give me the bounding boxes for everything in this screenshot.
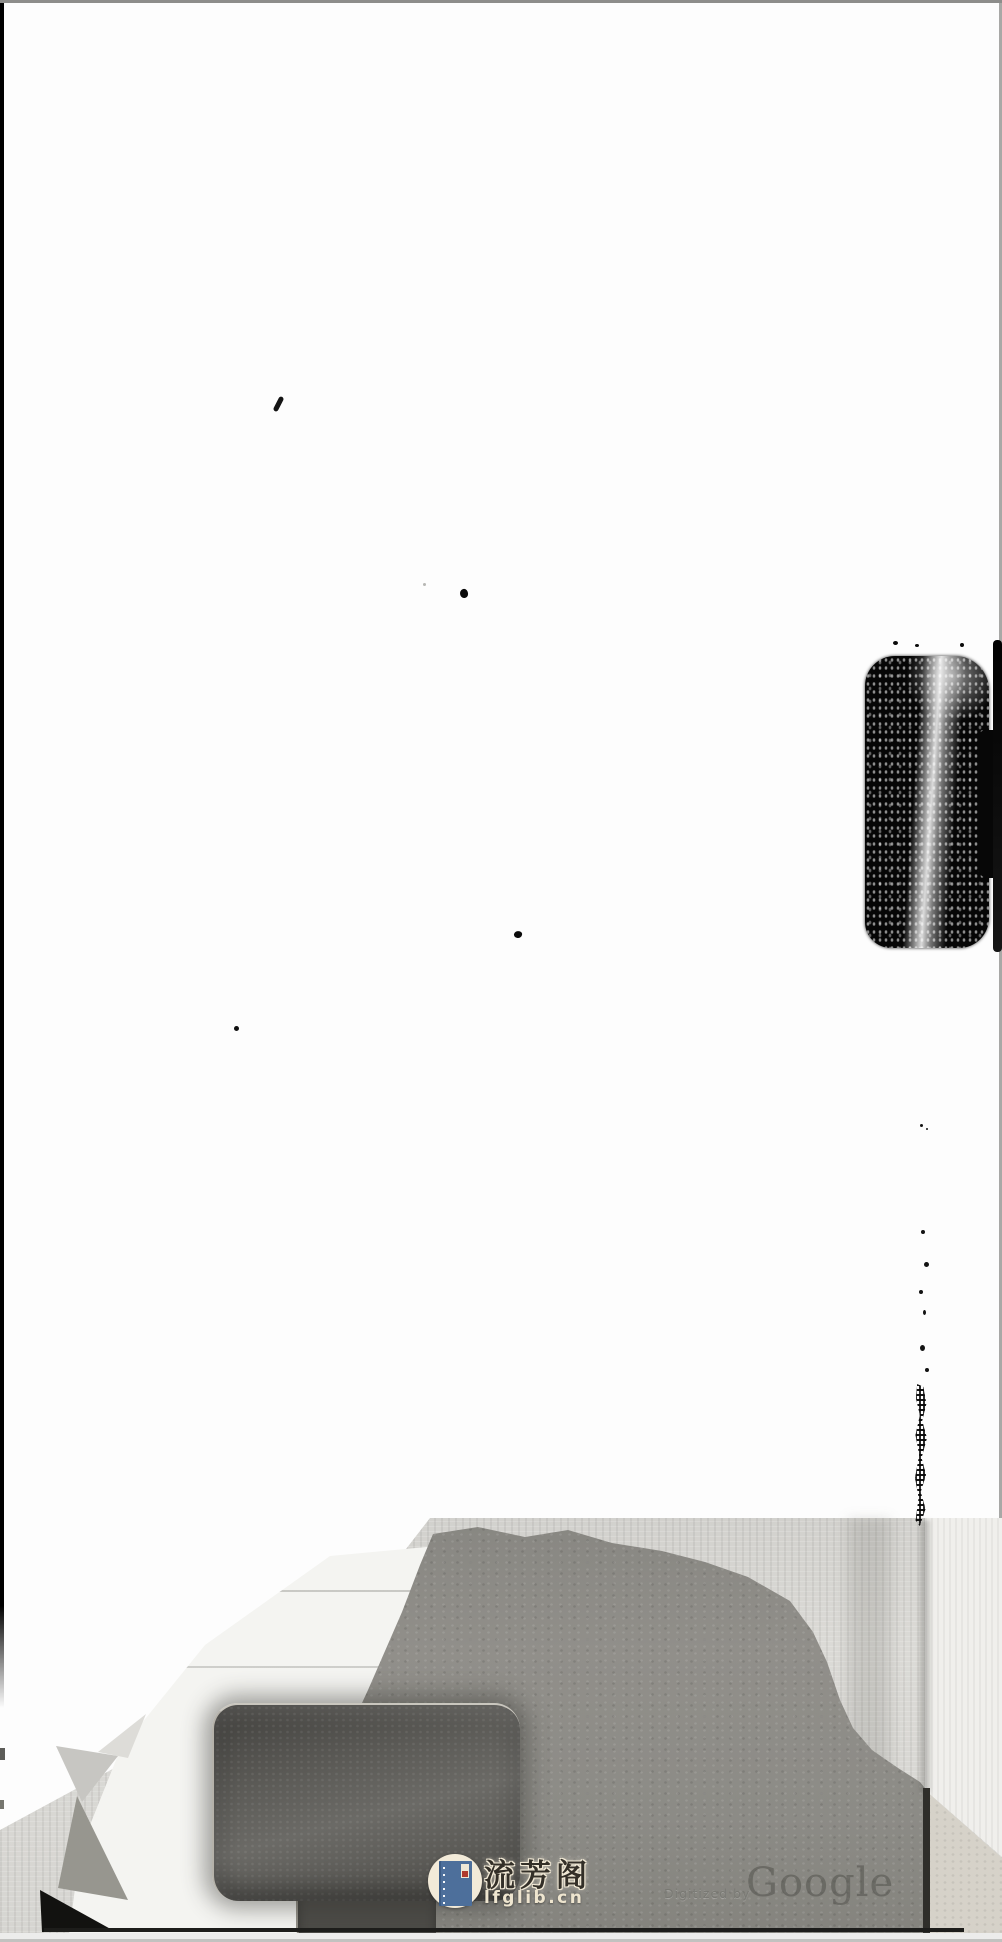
ink-speck	[960, 643, 964, 647]
page-top-edge	[0, 0, 1002, 3]
vertical-crease-soft	[920, 1520, 930, 1792]
digitized-by-text: Digitized by	[664, 1886, 750, 1901]
faint-speck	[423, 583, 426, 586]
ink-speck	[919, 1290, 923, 1294]
ink-speck	[923, 1310, 926, 1315]
ink-dot	[459, 588, 469, 599]
ink-speck	[893, 641, 898, 645]
google-wordmark: Google	[746, 1860, 894, 1906]
ink-slash-mark	[273, 396, 285, 413]
page-left-edge	[0, 0, 4, 1708]
ink-speck	[925, 1368, 929, 1372]
seal-mark	[462, 1871, 468, 1877]
ink-speck	[924, 1262, 929, 1267]
book-stitching	[443, 1863, 445, 1904]
vertical-crease-line	[923, 1788, 930, 1933]
edge-fragment	[0, 1800, 4, 1809]
ink-speck	[920, 1345, 925, 1351]
scanned-page: 流芳阁 lfglib.cn Digitized by Google	[0, 0, 1002, 1942]
ink-speck	[926, 1128, 928, 1130]
ink-speck	[921, 1230, 925, 1234]
ink-speck	[920, 1124, 923, 1127]
watermark-site-domain: lfglib.cn	[484, 1888, 584, 1908]
edge-fragment	[0, 1748, 5, 1760]
ink-speck	[915, 644, 919, 647]
ink-dot	[513, 930, 522, 939]
ink-speckle-column	[915, 1384, 927, 1526]
bottom-rule-line	[44, 1928, 964, 1932]
ink-blot	[865, 656, 989, 948]
ink-edge-strip	[993, 640, 1002, 952]
ink-dot	[234, 1026, 239, 1031]
